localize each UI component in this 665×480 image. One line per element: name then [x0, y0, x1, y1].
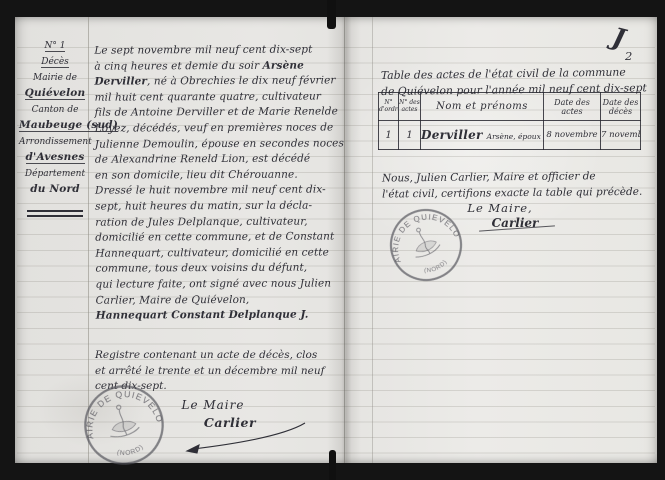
act-type-text: Décès: [41, 57, 69, 68]
stamp-text-bottom: (NORD): [115, 443, 147, 460]
act-line: Hannequart, cultivateur, domicilié en ce…: [95, 245, 351, 262]
scan-background: N° 1 Décès Mairie de Quiévelon Canton de…: [0, 0, 665, 480]
departement-label: Département: [19, 165, 91, 181]
svg-text:(NORD): (NORD): [115, 443, 147, 460]
cell-order: 1: [379, 121, 399, 150]
flourish-arrowhead: [187, 445, 199, 453]
scan-notch-top: [327, 0, 336, 29]
mairie-label: Mairie de: [19, 69, 91, 85]
act-line: à cinq heures et demie du soir Arsène: [94, 58, 350, 75]
scan-notch-bottom: [329, 450, 336, 480]
act-line: en son domicile, lieu dit Chérouanne.: [95, 167, 351, 184]
page-number: 2: [625, 49, 632, 63]
act-line: commune, tous deux voisins du défunt,: [95, 261, 351, 278]
act-margin-annotations: N° 1 Décès Mairie de Quiévelon Canton de…: [19, 37, 91, 217]
arrondissement-label: Arrondissement: [19, 133, 91, 149]
act-line: sept, huit heures du matin, sur la décla…: [95, 198, 351, 215]
cell-act-number: 1: [399, 121, 421, 150]
col-header-order: N° d'ordre: [379, 93, 399, 121]
act-line: Le sept novembre mil neuf cent dix-sept: [94, 42, 350, 59]
cell-name: Derviller Arsène, époux de Alexandrine L…: [421, 121, 544, 150]
act-line: Derviller, né à Obrechies le dix neuf fé…: [94, 74, 350, 91]
mayor-signature-right: Carlier: [445, 216, 585, 230]
mairie-value: Quiévelon: [19, 85, 91, 101]
cell-date-deces: 7 novembre: [601, 121, 641, 150]
act-line: Hannequart Constant Delplanque J.: [96, 307, 352, 324]
certification-text: Nous, Julien Carlier, Maire et officier …: [382, 168, 665, 203]
act-line: mil huit cent quarante quatre, cultivate…: [95, 89, 351, 106]
closing-line: Registre contenant un acte de décès, clo…: [95, 348, 355, 364]
col-header-date-deces: Date des décès: [601, 93, 641, 121]
arrondissement-value: d'Avesnes: [19, 149, 91, 165]
table-row: 1 1 Derviller Arsène, époux de Alexandri…: [379, 121, 641, 150]
acts-index-table: N° d'ordre N° des actes Nom et prénoms D…: [378, 92, 641, 150]
act-line: fils de Antoine Derviller et de Marie Re…: [95, 105, 351, 122]
departement-value: du Nord: [19, 181, 91, 197]
stamp-emblem: [104, 402, 141, 439]
act-line: Loyez, décédés, veuf en premières noces …: [95, 120, 351, 137]
signature-flourish-arrow: [173, 411, 318, 459]
stamp-emblem: [405, 223, 441, 260]
act-line: domicilié en cette commune, et de Consta…: [95, 229, 351, 246]
act-type: Décès: [19, 53, 91, 69]
act-line: ration de Jules Delplanque, cultivateur,: [95, 214, 351, 231]
act-line: de Alexandrine Reneld Lion, est décédé: [95, 151, 351, 168]
col-header-name: Nom et prénoms: [421, 93, 544, 121]
act-number-text: N° 1: [45, 41, 66, 52]
col-header-date-acte: Date des actes: [544, 93, 601, 121]
act-line: Julienne Demoulin, épouse en secondes no…: [95, 136, 351, 153]
certification-line: l'état civil, certifions exacte la table…: [382, 184, 665, 203]
closing-line: et arrêté le trente et un décembre mil n…: [95, 364, 355, 380]
register-spread: N° 1 Décès Mairie de Quiévelon Canton de…: [15, 17, 657, 463]
table-header-row: N° d'ordre N° des actes Nom et prénoms D…: [379, 93, 641, 121]
death-act-text: Le sept novembre mil neuf cent dix-septà…: [94, 42, 351, 324]
canton-label: Canton de: [19, 101, 91, 117]
act-line: Dressé le huit novembre mil neuf cent di…: [95, 183, 351, 200]
deceased-details: Arsène, époux de Alexandrine Lion: [487, 132, 544, 141]
act-number: N° 1: [19, 37, 91, 53]
margin-divider: [27, 210, 83, 217]
canton-value: Maubeuge (sud): [19, 117, 91, 133]
deceased-surname: Derviller: [421, 128, 483, 142]
flourish-stroke: [193, 423, 305, 449]
col-header-act-number: N° des actes: [399, 93, 421, 121]
cell-date-acte: 8 novembre: [544, 121, 601, 150]
act-line: Carlier, Maire de Quiévelon,: [96, 292, 352, 309]
right-page-margin-line: [372, 17, 373, 463]
act-line: qui lecture faite, ont signé avec nous J…: [95, 276, 351, 293]
